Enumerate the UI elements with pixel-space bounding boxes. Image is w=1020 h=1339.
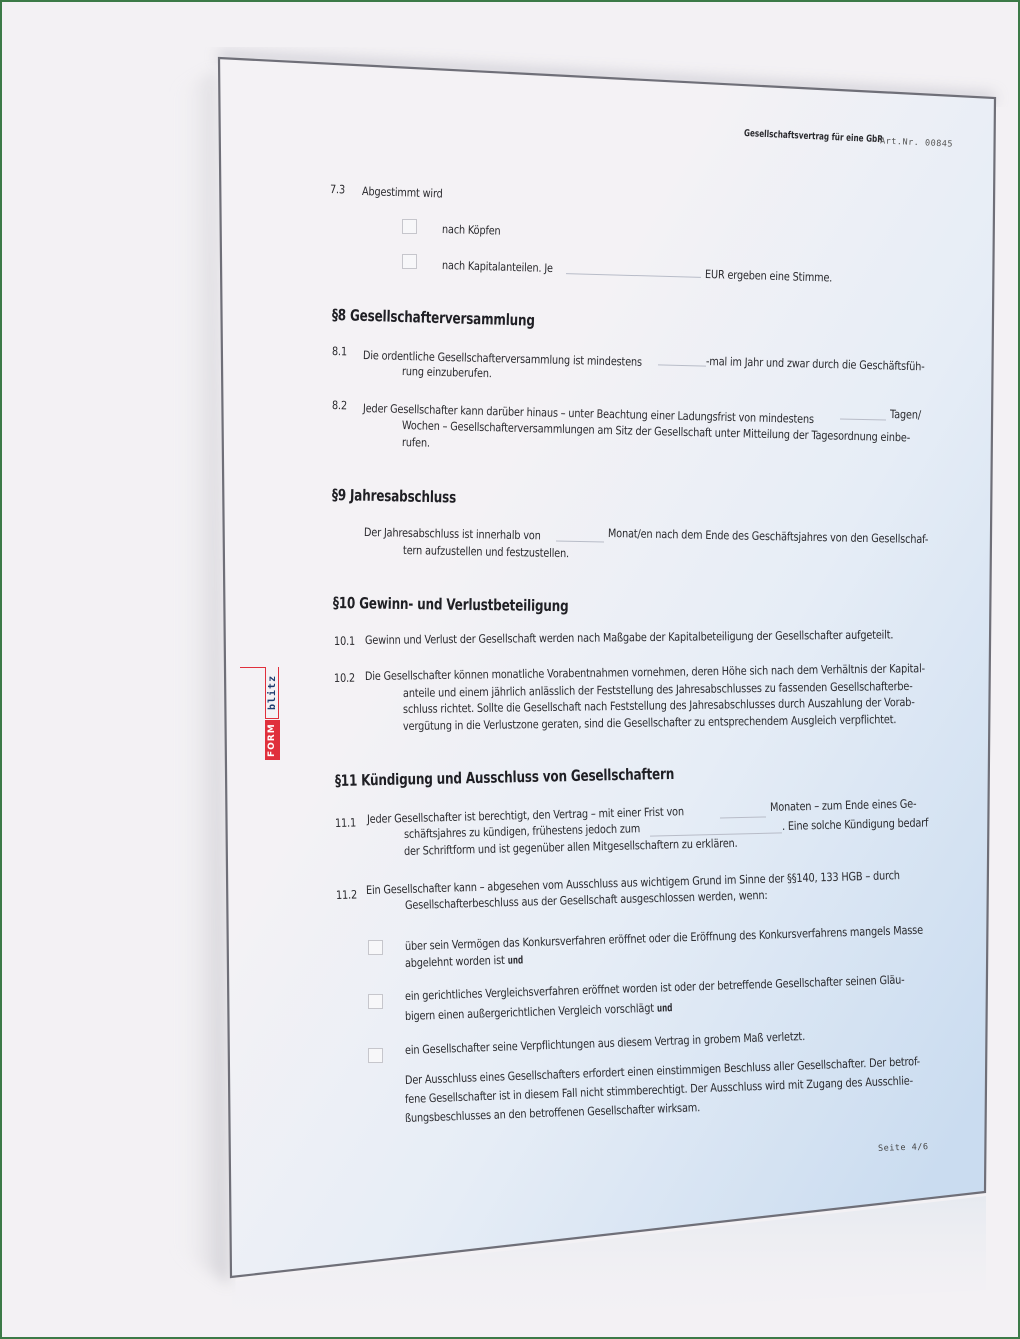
item-8-1-text-cont: -mal im Jahr und zwar durch die Geschäft… [706, 353, 925, 374]
logo-form: FORM [265, 720, 280, 760]
months-field[interactable] [556, 541, 604, 543]
section-9-line2: tern aufzustellen und festzustellen. [403, 542, 569, 561]
formblitz-logo: blitz FORM [262, 663, 282, 761]
option-kapitalanteile-suffix: EUR ergeben eine Stimme. [705, 266, 833, 286]
section-11-heading: §11 Kündigung und Ausschluss von Gesells… [335, 765, 675, 790]
item-number-10-1: 10.1 [334, 633, 355, 649]
checkbox-pflichtverletzung[interactable] [368, 1048, 383, 1063]
item-11-1-line2-cont: . Eine solche Kündigung bedarf [782, 814, 929, 834]
meetings-per-year-field[interactable] [658, 364, 706, 366]
item-number-11-1: 11.1 [335, 814, 356, 831]
condition-1-conjunction: und [507, 954, 523, 966]
article-number: Art.Nr. 00845 [880, 136, 953, 149]
document-header-title: Gesellschaftsvertrag für eine GbR [744, 128, 883, 145]
section-8-heading: §8 Gesellschafterversammlung [332, 306, 535, 330]
item-7-3-text: Abgestimmt wird [362, 183, 443, 202]
item-number-11-2: 11.2 [336, 886, 357, 903]
checkbox-nach-kapitalanteilen[interactable] [402, 254, 417, 269]
condition-2-conjunction: und [657, 1002, 673, 1015]
condition-1-line2: abgelehnt worden ist und [405, 951, 524, 972]
checkbox-konkursverfahren[interactable] [368, 940, 383, 955]
item-number-7-3: 7.3 [330, 181, 345, 197]
item-number-10-2: 10.2 [334, 670, 355, 686]
checkbox-nach-koepfen[interactable] [402, 219, 417, 234]
section-9-heading: §9 Jahresabschluss [332, 486, 456, 507]
item-number-8-2: 8.2 [332, 397, 347, 413]
item-8-2-line3: rufen. [402, 434, 430, 451]
condition-1-line2-text: abgelehnt worden ist [405, 953, 505, 970]
option-nach-koepfen-label: nach Köpfen [442, 221, 501, 239]
notice-period-field[interactable] [840, 418, 886, 420]
logo-rule [240, 667, 265, 668]
notice-months-field[interactable] [720, 816, 766, 818]
checkbox-vergleichsverfahren[interactable] [368, 994, 383, 1009]
logo-blitz: blitz [265, 667, 279, 719]
item-number-8-1: 8.1 [332, 343, 347, 359]
option-kapitalanteile-label: nach Kapitalanteilen. Je [442, 257, 553, 276]
condition-2-line2: bigern einen außergerichtlichen Vergleic… [405, 999, 673, 1025]
item-10-1-text: Gewinn und Verlust der Gesellschaft werd… [365, 626, 893, 648]
condition-3-line1: ein Gesellschafter seine Verpflichtungen… [405, 1028, 806, 1058]
section-9-text: Der Jahresabschluss ist innerhalb von [364, 524, 541, 543]
section-10-heading: §10 Gewinn- und Verlustbeteiligung [333, 594, 569, 615]
condition-1-line1: über sein Vermögen das Konkursverfahren … [405, 922, 923, 954]
item-11-1-text-cont: Monaten – zum Ende eines Ge- [770, 795, 917, 815]
page-number: Seite 4/6 [878, 1142, 929, 1154]
item-8-2-unit: Tagen/ [890, 406, 921, 423]
section-9-text-cont: Monat/en nach dem Ende des Geschäftsjahr… [608, 525, 928, 547]
condition-2-line2-text: bigern einen außergerichtlichen Vergleic… [405, 1001, 654, 1023]
eur-per-vote-field[interactable] [566, 273, 701, 278]
item-8-1-line2: rung einzuberufen. [402, 363, 492, 381]
document: Gesellschaftsvertrag für eine GbR Art.Nr… [0, 0, 1020, 1339]
